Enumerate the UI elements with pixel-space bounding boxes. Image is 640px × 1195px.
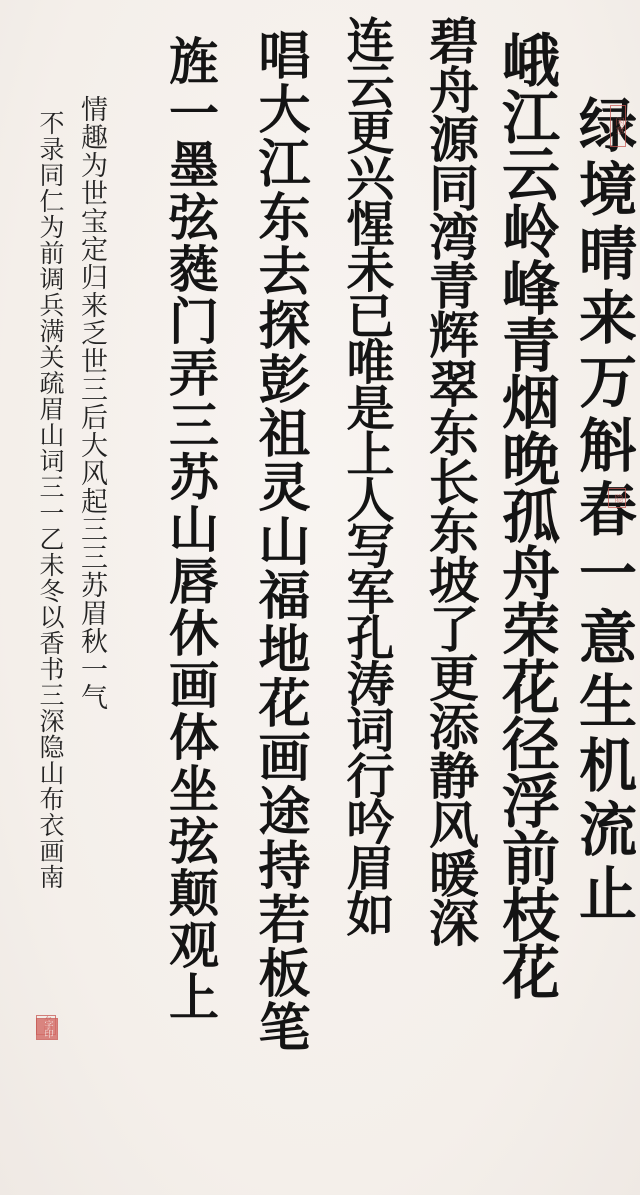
calligraphy-column-1: 绿境晴来万斛春一意生机流止 [574, 95, 632, 927]
mid-right-seal: 隐 [608, 488, 626, 508]
signature-seal-2: 字印 [36, 1018, 58, 1040]
calligraphy-column-3: 碧舟源同湾青辉翠东长东坡了更添静风暖深 [425, 15, 475, 946]
calligraphy-column-6: 旌一墨弦蕤门弄三苏山唇休画体坐弦颠观上 [165, 35, 215, 1023]
calligraphy-column-4: 连云更兴惺未已唯是上人写军孔涛词行吟眉如 [342, 15, 390, 935]
inscription-column-2: 不录同仁为前调兵满关疏眉山词三一乙未冬以香书三深隐山布衣画南 [38, 110, 63, 890]
calligraphy-column-2: 峨江云岭峰青烟晚孤舟荣花径浮前枝花 [497, 30, 555, 999]
inscription-column-1: 情趣为世宝定归来乏世三后大风起三三苏眉秋一气 [78, 95, 105, 711]
top-right-leisure-seal: 闲章 [610, 105, 626, 147]
calligraphy-column-5: 唱大江东去探彭祖灵山福地花画途持若板笔 [253, 28, 305, 1054]
